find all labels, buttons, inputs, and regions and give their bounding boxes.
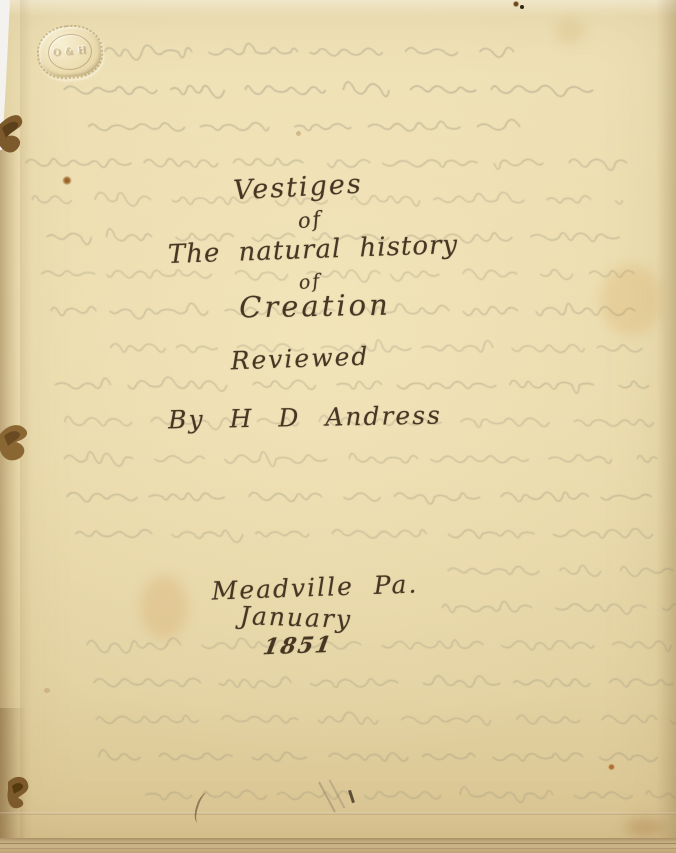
speck-top-right-dark bbox=[520, 5, 524, 9]
page-edge-line-2 bbox=[0, 848, 676, 849]
horizontal-fold-crease bbox=[0, 812, 676, 815]
ink-stain-dot bbox=[62, 176, 72, 185]
binding-thread-top bbox=[0, 106, 30, 168]
page-right-edge-shadow bbox=[656, 0, 676, 838]
foxing-stain-top bbox=[555, 18, 585, 44]
foxing-stain-left bbox=[140, 575, 188, 639]
page-edge-line-1 bbox=[0, 843, 676, 844]
speck-top-right-brown bbox=[513, 1, 519, 7]
seal-monogram: O & H bbox=[53, 46, 88, 59]
binding-thread-bottom bbox=[6, 772, 36, 812]
underlying-page-edges bbox=[0, 838, 676, 853]
seal-oval: O & H bbox=[47, 32, 94, 72]
foxing-dot bbox=[296, 131, 301, 136]
stain-bottom-edge bbox=[625, 818, 665, 836]
foxing-stain-right bbox=[600, 265, 662, 335]
manuscript-scan: O & H Vestiges of The natural history of… bbox=[0, 0, 676, 853]
rust-dot-bottom-right bbox=[608, 764, 615, 770]
foxing-dot-2 bbox=[44, 688, 50, 693]
